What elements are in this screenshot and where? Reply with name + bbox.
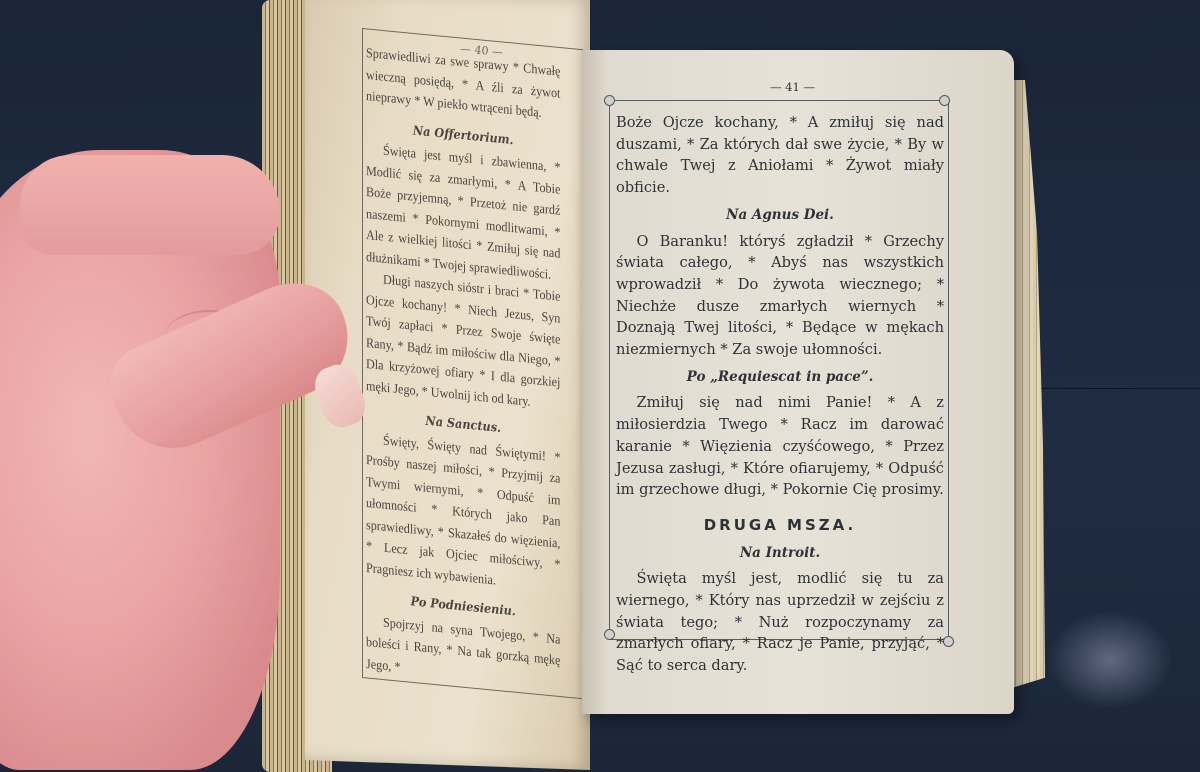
section-heading: Po „Requiescat in pace”. [616,367,944,389]
right-page-text: Boże Ojcze kochany, * A zmiłuj się nad d… [616,112,944,677]
frame-corner-ornament-icon [939,95,950,106]
paragraph: Święta jest myśl i zbawienna, * Modlić s… [366,138,560,286]
right-page-number: — 41 — [770,80,815,94]
chapter-heading: DRUGA MSZA. [616,515,944,537]
paragraph: Długi naszych sióstr i braci * Tobie Ojc… [366,267,560,415]
frame-corner-ornament-icon [604,629,615,640]
paragraph: Święta myśl jest, modlić się tu za wiern… [616,568,944,677]
section-heading: Na Introit. [616,543,944,565]
frame-corner-ornament-icon [604,95,615,106]
paragraph: Zmiłuj się nad nimi Panie! * A z miłosie… [616,392,944,501]
left-page-text: Sprawiedliwi za swe sprawy * Chwałę wiec… [366,42,560,693]
index-finger [20,155,280,255]
paragraph: O Baranku! któryś zgładził * Grzechy świ… [616,231,944,361]
section-heading: Na Agnus Dei. [616,205,944,227]
paragraph: Święty, Święty nad Świętymi! * Prośby na… [366,428,560,597]
frame-corner-ornament-icon [943,636,954,647]
paragraph: Boże Ojcze kochany, * A zmiłuj się nad d… [616,112,944,199]
